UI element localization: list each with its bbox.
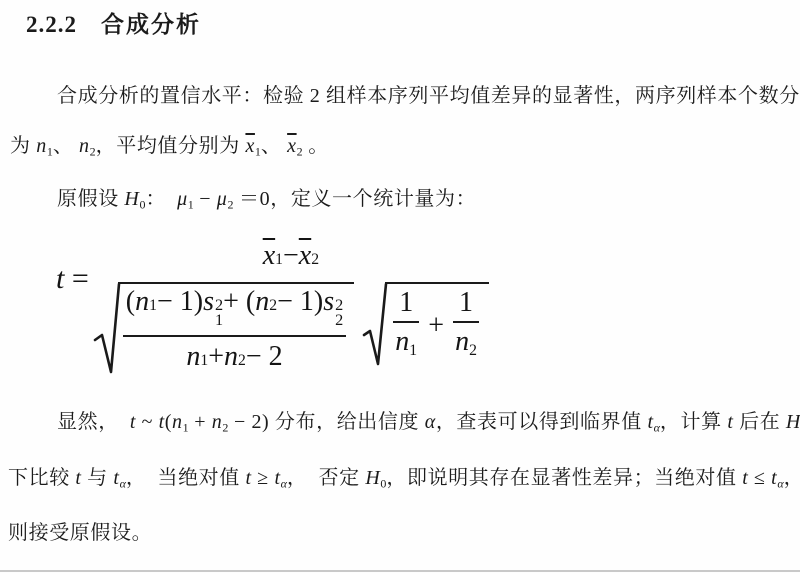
text-run: (: [165, 411, 172, 433]
text-run: H: [124, 188, 139, 210]
text-run: n: [186, 342, 200, 373]
text-run: (: [126, 287, 135, 318]
document-page: 2.2.2 合成分析 合成分析的置信水平：检验 2 组样本序列平均值差异的显著性…: [0, 0, 800, 573]
paragraph-1-line-1: 合成分析的置信水平：检验 2 组样本序列平均值差异的显著性，两序列样本个数分别: [57, 84, 800, 109]
text-run: 2: [311, 251, 319, 269]
text-run: 1: [275, 251, 283, 269]
text-run: n: [224, 342, 238, 373]
section-title: 合成分析: [101, 6, 201, 39]
text-run: μ: [177, 188, 188, 210]
inner-fraction-denominator: n1 + n2 − 2: [186, 337, 282, 373]
text-run: ，: [784, 467, 800, 489]
sample-size-radical: 1 n1 + 1 n2: [362, 282, 489, 370]
text-run: ，即说明其存在显著性差异；当绝对值: [386, 467, 742, 489]
paragraph-2-hypothesis: 原假设 H0： μ1 − μ2 ＝0，定义一个统计量为：: [57, 187, 476, 213]
text-run: 下比较: [8, 467, 75, 489]
text-run: +: [208, 342, 224, 373]
text-run: n: [255, 287, 269, 318]
text-run: − 1): [277, 287, 323, 318]
main-fraction-denominator: (n1 − 1)s21 + (n2 − 1)s22 n1 + n2 − 2 1 …: [93, 282, 489, 378]
plus-operator: +: [428, 310, 444, 342]
text-run: n: [455, 326, 469, 357]
radical-sign-icon: [93, 282, 121, 378]
paragraph-3-line-3: 则接受原假设。: [8, 521, 152, 546]
text-run: ，计算: [660, 411, 727, 433]
text-run: 、: [53, 135, 79, 157]
text-run: ，查表可以得到临界值: [436, 411, 648, 433]
text-run: n: [79, 135, 90, 157]
text-run: s: [323, 287, 334, 318]
text-run: 后在: [734, 411, 786, 433]
text-run: − 2): [228, 411, 275, 433]
text-run: 当绝对值: [157, 467, 245, 489]
text-run: n: [212, 411, 223, 433]
text-run: 2: [238, 352, 246, 369]
text-run: 1: [200, 352, 208, 369]
paragraph-3-line-2: 下比较 t 与 tα， 当绝对值 t ≥ tα， 否定 H0，即说明其存在显著性…: [8, 466, 800, 492]
text-run: ~: [136, 411, 159, 433]
text-run: + (: [223, 287, 255, 318]
text-run: ＝0，定义一个统计量为：: [233, 188, 476, 210]
text-run: ，: [126, 467, 147, 489]
pooled-variance-radical: (n1 − 1)s21 + (n2 − 1)s22 n1 + n2 − 2: [93, 282, 354, 378]
fraction-one-over-n2: 1 n2: [453, 288, 479, 360]
text-run: n: [395, 326, 409, 357]
text-run: − 2: [246, 342, 283, 373]
text-run: α: [425, 411, 436, 433]
text-run: x: [245, 135, 254, 157]
text-run: +: [189, 411, 212, 433]
text-run: 2: [469, 343, 477, 360]
text-run: 原假设: [57, 188, 124, 210]
text-run: 则接受原假设。: [8, 522, 152, 544]
scan-artifact-line: [0, 570, 800, 572]
text-run: 。: [303, 135, 329, 157]
text-run: −: [283, 240, 299, 272]
paragraph-3-line-1: 显然， t ~ t(n1 + n2 − 2) 分布，给出信度 α，查表可以得到临…: [57, 410, 800, 436]
text-run: x: [263, 240, 275, 272]
t-statistic-formula: t = x1 − x2 (n1 − 1)s21 + (n2 − 1)s22 n1…: [56, 240, 489, 378]
text-run: n: [135, 287, 149, 318]
text-run: 为: [10, 135, 36, 157]
text-run: 、: [261, 135, 287, 157]
small-fraction-denominator: n1: [393, 323, 419, 360]
inner-fraction-numerator: (n1 − 1)s21 + (n2 − 1)s22: [123, 286, 346, 337]
text-run: 显然，: [57, 411, 119, 433]
text-run: 21: [215, 298, 223, 329]
text-run: 22: [335, 298, 343, 329]
inner-fraction: (n1 − 1)s21 + (n2 − 1)s22 n1 + n2 − 2: [118, 284, 354, 373]
text-run: n: [172, 411, 183, 433]
text-run: 与: [82, 467, 114, 489]
small-fraction-denominator: n2: [453, 323, 479, 360]
main-fraction-numerator: x1 − x2: [93, 240, 489, 280]
text-run: ≤: [748, 467, 771, 489]
text-run: 1: [149, 297, 157, 314]
paragraph-1-line-2: 为 n1、 n2，平均值分别为 x1、 x2 。: [10, 134, 329, 160]
text-run: =: [64, 262, 88, 295]
text-run: 否定: [319, 467, 366, 489]
small-fraction-numerator: 1: [393, 288, 419, 323]
text-run: ：: [145, 188, 166, 210]
fraction-one-over-n1: 1 n1: [393, 288, 419, 360]
text-run: H: [365, 467, 380, 489]
text-run: x: [299, 240, 311, 272]
text-run: 2: [269, 297, 277, 314]
text-run: H: [786, 411, 800, 433]
text-run: x: [287, 135, 296, 157]
formula-lhs: t =: [56, 262, 89, 296]
text-run: −: [194, 188, 217, 210]
text-run: s: [203, 287, 214, 318]
text-run: ，平均值分别为: [96, 135, 246, 157]
text-run: μ: [217, 188, 228, 210]
section-number: 2.2.2: [26, 12, 77, 38]
subscript: 1: [215, 313, 223, 328]
section-heading: 2.2.2 合成分析: [26, 6, 201, 39]
radicand-sample-sizes: 1 n1 + 1 n2: [385, 282, 489, 360]
text-run: 1: [409, 343, 417, 360]
subscript: 2: [335, 313, 343, 328]
text-run: 合成分析的置信水平：检验 2 组样本序列平均值差异的显著性，两序列样本个数分别: [57, 85, 800, 107]
text-run: n: [36, 135, 47, 157]
small-fraction-numerator: 1: [453, 288, 479, 323]
radicand-pooled-variance: (n1 − 1)s21 + (n2 − 1)s22 n1 + n2 − 2: [118, 282, 354, 373]
text-run: ≥: [252, 467, 275, 489]
text-run: − 1): [157, 287, 203, 318]
text-run: 分布，给出信度: [275, 411, 425, 433]
text-run: ，: [287, 467, 308, 489]
main-fraction: x1 − x2 (n1 − 1)s21 + (n2 − 1)s22 n1 + n…: [93, 240, 489, 378]
